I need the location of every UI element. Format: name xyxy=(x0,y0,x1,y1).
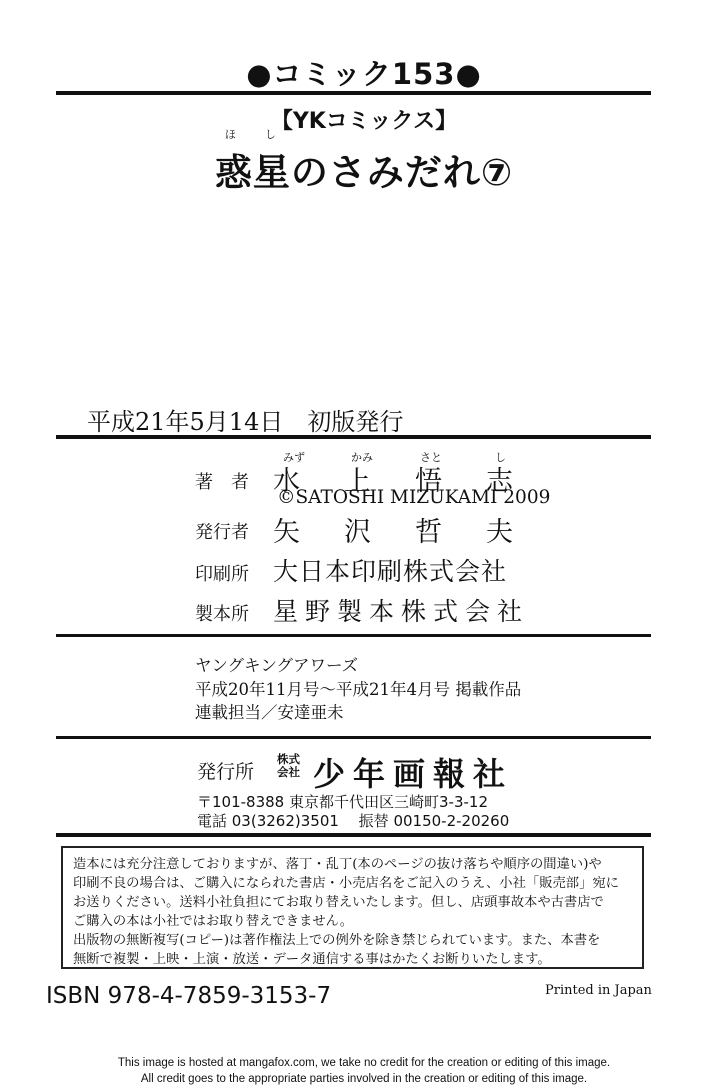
corporation-prefix-bottom: 会社 xyxy=(277,766,300,779)
publisher-phone: 電話 03(3262)3501 振替 00150-2-20260 xyxy=(197,810,509,831)
divider xyxy=(56,833,651,837)
publisher-label: 発行所 xyxy=(197,757,254,784)
notice-line: ご購入の本は小社ではお取り替えできません。 xyxy=(73,910,353,929)
serialization-editor: 連載担当／安達亜未 xyxy=(195,699,344,723)
notice-line: お送りください。送料小社負担にてお取り替えいたします。但し、店頭事故本や古書店で xyxy=(73,891,604,910)
notice-box: 造本には充分注意しておりますが、落丁・乱丁(本のページの抜け落ちや順序の間違い)… xyxy=(61,846,644,969)
divider xyxy=(56,91,651,95)
title-ruby: し xyxy=(265,126,277,142)
printed-in: Printed in Japan xyxy=(545,983,652,998)
magazine-name: ヤングキングアワーズ xyxy=(195,652,358,676)
author-label: 著 者 xyxy=(195,468,249,494)
series-number: ●コミック153● xyxy=(0,52,728,93)
divider xyxy=(56,435,651,439)
name-char: 矢 xyxy=(273,510,300,549)
title-block: ほ し 惑星のさみだれ⑦ xyxy=(0,132,728,196)
publisher-person-label: 発行者 xyxy=(195,518,249,544)
name-char: 夫 xyxy=(486,510,513,549)
hosting-notice-line: All credit goes to the appropriate parti… xyxy=(0,1073,728,1085)
notice-line: 印刷不良の場合は、ご購入になられた書店・小売店名をご記入のうえ、小社「販売部」宛… xyxy=(73,872,619,891)
name-char: 哲 xyxy=(415,510,442,549)
publisher-address: 〒101-8388 東京都千代田区三崎町3-3-12 xyxy=(197,791,488,812)
notice-line: 造本には充分注意しておりますが、落丁・乱丁(本のページの抜け落ちや順序の間違い)… xyxy=(73,853,602,872)
binder-label: 製本所 xyxy=(195,600,249,626)
title-text: 惑星のさみだれ⑦ xyxy=(215,132,513,196)
publisher-person-name: 矢 沢 哲 夫 xyxy=(273,510,513,549)
title-ruby: ほ xyxy=(225,126,237,142)
name-char: 沢 xyxy=(344,510,371,549)
notice-line: 出版物の無断複写(コピー)は著作権法上での例外を除き禁じられています。また、本書… xyxy=(73,929,600,948)
hosting-notice-line: This image is hosted at mangafox.com, we… xyxy=(0,1057,728,1069)
printer-name: 大日本印刷株式会社 xyxy=(273,552,507,588)
copyright: ©SATOSHI MIZUKAMI 2009 xyxy=(277,487,550,508)
serialization-period: 平成20年11月号～平成21年4月号 掲載作品 xyxy=(195,676,521,700)
book-title: ほ し 惑星のさみだれ⑦ xyxy=(215,132,513,196)
imprint-label: 【YKコミックス】 xyxy=(0,104,728,135)
isbn: ISBN 978-4-7859-3153-7 xyxy=(46,983,331,1009)
divider xyxy=(56,634,651,637)
notice-line: 無断で複製・上映・上演・放送・データ通信する事はかたくお断りいたします。 xyxy=(73,948,551,967)
corporation-prefix: 株式 会社 xyxy=(277,753,300,779)
binder-name: 星野製本株式会社 xyxy=(273,592,529,628)
printer-label: 印刷所 xyxy=(195,560,249,586)
publisher-name: 少年画報社 xyxy=(313,749,513,795)
divider xyxy=(56,736,651,739)
publication-date: 平成21年5月14日 初版発行 xyxy=(87,402,403,437)
